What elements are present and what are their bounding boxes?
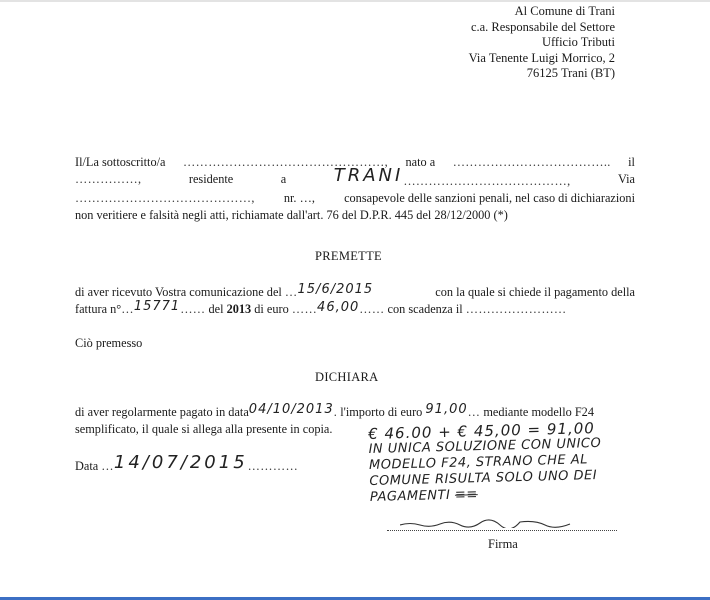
importo-label: l'importo di euro	[340, 404, 422, 421]
resident-label: residente	[189, 171, 233, 190]
premette-paragraph: di aver ricevuto Vostra comunicazione de…	[75, 284, 635, 352]
date-line: Data …14/07/2015…………	[75, 458, 335, 475]
declarant-line-4: non veritiere e falsità negli atti, rich…	[75, 207, 635, 224]
signature-label: Firma	[488, 537, 518, 552]
declarant-paragraph: Il/La sottoscritto/a …………………………………………, n…	[75, 154, 635, 224]
city-field: TRANI…………………………………,	[334, 171, 571, 190]
declaration-text: non veritiere e falsità negli atti, rich…	[75, 207, 508, 224]
due-date-field: ……………………	[466, 301, 567, 318]
strikethrough-scribble: ≡≡	[455, 487, 478, 503]
addressee-line: Via Tenente Luigi Morrico, 2	[469, 51, 615, 67]
subscriber-label: Il/La sottoscritto/a	[75, 154, 166, 171]
birthplace-field: ………………………………..	[453, 154, 611, 171]
dichiara-text: semplificato, il quale si allega alla pr…	[75, 421, 332, 438]
number-field: nr. …,	[284, 190, 315, 207]
addressee-line: 76125 Trani (BT)	[469, 66, 615, 82]
premette-heading: PREMETTE	[315, 249, 382, 264]
addressee-line: Al Comune di Trani	[469, 4, 615, 20]
document-page: Al Comune di Trani c.a. Responsabile del…	[0, 0, 710, 597]
f24-label: mediante modello F24	[483, 404, 594, 421]
via-label: Via	[618, 171, 635, 190]
declarant-line-3: ……………………………………, nr. …, consapevole delle…	[75, 190, 635, 207]
date-label: Data	[75, 458, 98, 475]
handwritten-note: € 46.00 + € 45,00 = 91,00 IN UNICA SOLUZ…	[368, 420, 603, 506]
dichiara-line-1: di aver regolarmente pagato in data04/10…	[75, 404, 635, 421]
invoice-year: 2013	[227, 301, 252, 318]
signature-line	[387, 524, 617, 531]
del-label: del	[208, 301, 223, 318]
date-handwritten: 14/07/2015	[114, 454, 248, 471]
note-text: PAGAMENTI	[370, 488, 451, 505]
declaration-text: consapevole delle sanzioni penali, nel c…	[344, 190, 635, 207]
payment-date: 04/10/2013	[249, 401, 334, 418]
born-label: nato a	[405, 154, 435, 171]
il-label: il	[628, 154, 635, 171]
city-handwritten: TRANI	[334, 165, 404, 186]
invoice-number: 15771	[134, 298, 180, 315]
date-row: Data …14/07/2015…………	[75, 458, 335, 475]
premette-line-3: Ciò premesso	[75, 335, 635, 352]
communication-date: 15/6/2015	[298, 282, 374, 297]
euro-label: di euro	[254, 301, 289, 318]
birthdate-field: ……………,	[75, 171, 141, 190]
addressee-line: Ufficio Tributi	[469, 35, 615, 51]
invoice-amount: 46,00	[317, 299, 359, 316]
fattura-label: fattura n°	[75, 301, 121, 318]
payment-label: di aver regolarmente pagato in data	[75, 404, 249, 421]
addressee-line: c.a. Responsabile del Settore	[469, 20, 615, 36]
a-label: a	[281, 171, 286, 190]
paid-amount: 91,00	[425, 401, 467, 418]
premette-text: con la quale si chiede il pagamento dell…	[435, 284, 635, 301]
cio-premesso: Ciò premesso	[75, 335, 142, 352]
scadenza-label: con scadenza il	[388, 301, 463, 318]
street-field: ……………………………………,	[75, 190, 255, 207]
addressee-block: Al Comune di Trani c.a. Responsabile del…	[469, 4, 615, 82]
city-dots: …………………………………,	[403, 174, 570, 188]
premette-line-2: fattura n°…15771…… del 2013 di euro ……46…	[75, 301, 635, 318]
declarant-line-2: ……………, residente a TRANI…………………………………, V…	[75, 171, 635, 190]
communication-label: di aver ricevuto Vostra comunicazione de…	[75, 285, 282, 299]
dichiara-heading: DICHIARA	[315, 370, 379, 385]
